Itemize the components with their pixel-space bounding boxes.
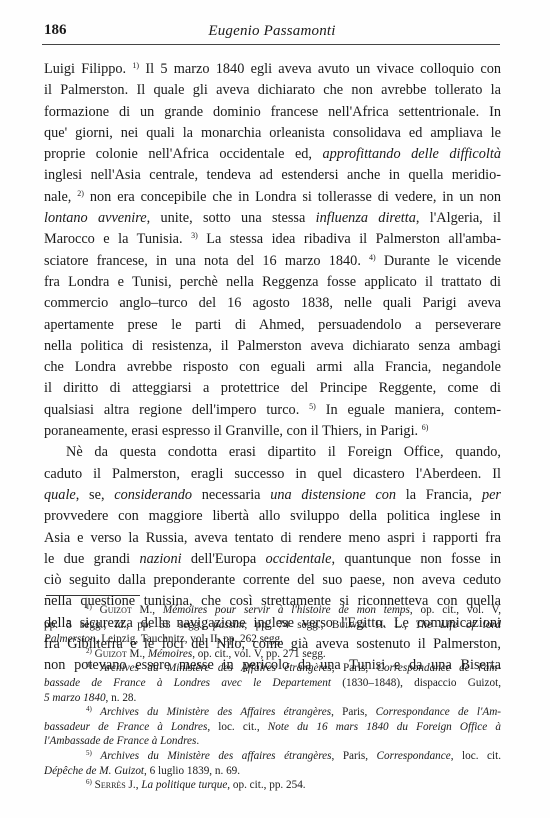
text-run: Il 5 marzo 1840 egli aveva avuto un viva… bbox=[139, 61, 501, 77]
text-run: considerando bbox=[114, 487, 192, 503]
text-run: , quantunque non fosse in bbox=[331, 551, 501, 567]
text-run: , op. cit., pp. 254. bbox=[227, 779, 305, 791]
text-run: Bulwer H. L. bbox=[332, 619, 404, 631]
text-run: La stessa idea ribadiva il Palmerston al… bbox=[198, 231, 501, 247]
text-run: Serrès J. bbox=[95, 779, 136, 791]
text-run: , unite, sotto una stessa bbox=[147, 210, 316, 226]
text-run: formazione di un grande dominio francese… bbox=[44, 104, 501, 120]
footnote-line: 2) Guizot M., Mémoires, op. cit., vol. V… bbox=[44, 647, 501, 662]
body-line: fra Londra e Tunisi, perchè nella Reggen… bbox=[44, 272, 501, 293]
text-run: (1830–1848), dispaccio Guizot, bbox=[331, 677, 501, 689]
text-run bbox=[92, 662, 100, 674]
body-line: provvedere con maggiore libertà allo svi… bbox=[44, 506, 501, 527]
text-run: Nè da questa condotta erasi dipartito il… bbox=[66, 444, 501, 460]
text-run: Guizot M. bbox=[95, 648, 143, 660]
text-run: bassade de France à Londres avec le Depa… bbox=[44, 677, 331, 689]
text-run: passim bbox=[213, 619, 244, 631]
text-run bbox=[92, 706, 100, 718]
text-run: Palmerston bbox=[44, 633, 96, 645]
footnote-line: bassadeur de France à Londres, loc. cit.… bbox=[44, 720, 501, 735]
footnote-line: 1) Guizot M., Mémoires pour servir à l'h… bbox=[44, 603, 501, 618]
body-line: formazione di un grande dominio francese… bbox=[44, 102, 501, 123]
footnote-line: 6) Serrès J., La politique turque, op. c… bbox=[44, 778, 501, 793]
body-line: lontano avvenire, unite, sotto una stess… bbox=[44, 208, 501, 229]
text-run: Guizot M. bbox=[100, 604, 153, 616]
text-run: , Paris, bbox=[332, 662, 377, 674]
text-run: Note du 16 mars 1840 du Foreign Office à bbox=[268, 721, 501, 733]
text-run: necessaria bbox=[192, 487, 270, 503]
footnote-line: Dépêche de M. Guizot, 6 luglio 1839, n. … bbox=[44, 764, 501, 779]
footnote-ref: 3) bbox=[86, 661, 92, 669]
footnote-ref: 3) bbox=[191, 231, 198, 240]
footnotes: 1) Guizot M., Mémoires pour servir à l'h… bbox=[44, 603, 501, 793]
text-run: proprie colonie nell'Africa occidentale … bbox=[44, 146, 323, 162]
text-run: , l'Algeria, il bbox=[416, 210, 501, 226]
text-run: non era concepibile che in Londra si tol… bbox=[84, 189, 501, 205]
text-run: Asia e verso la Russia, aveva tentato di… bbox=[44, 530, 501, 546]
body-line: poraneamente, erasi espresso il Granvill… bbox=[44, 421, 501, 442]
text-run: , op. cit., vol. V, bbox=[410, 604, 501, 616]
text-run: Correspondance de l'am- bbox=[377, 662, 501, 674]
text-run: , op. cit., vol. V, pp. 271 segg. bbox=[192, 648, 326, 660]
text-run: le due grandi bbox=[44, 551, 139, 567]
text-run: poraneamente, erasi espresso il Granvill… bbox=[44, 423, 422, 439]
text-run: dell'Europa bbox=[182, 551, 266, 567]
body-line: ciò seguito dalla preponderante corrente… bbox=[44, 570, 501, 591]
text-run: , 6 luglio 1839, n. 69. bbox=[144, 765, 240, 777]
text-run: una distensione con bbox=[270, 487, 396, 503]
text-run: The Life of lord bbox=[415, 619, 501, 631]
text-run: , loc. cit. bbox=[451, 750, 501, 762]
text-run: , se, bbox=[76, 487, 114, 503]
text-run: , bbox=[404, 619, 415, 631]
text-run: caduto il Palmerston, eragli successo in… bbox=[44, 466, 501, 482]
text-run: In eguale maniera, contem- bbox=[316, 402, 501, 418]
footnote-line: 4) Archives du Ministère des Affaires ét… bbox=[44, 705, 501, 720]
text-run: Mémoires bbox=[148, 648, 192, 660]
footnote-separator bbox=[46, 595, 140, 596]
text-run: . bbox=[196, 735, 199, 747]
footnote-ref: 4) bbox=[86, 705, 92, 713]
text-run: Dépêche de M. Guizot bbox=[44, 765, 144, 777]
text-run: il diritto di atteggiarsi a protettrice … bbox=[44, 380, 501, 396]
running-title: Eugenio Passamonti bbox=[44, 23, 500, 40]
text-run: influenza diretta bbox=[316, 210, 416, 226]
footnote-line: 5 marzo 1840, n. 28. bbox=[44, 691, 501, 706]
text-run: quale bbox=[44, 487, 76, 503]
body-line: proprie colonie nell'Africa occidentale … bbox=[44, 144, 501, 165]
text-run: approfittando delle difficoltà bbox=[323, 146, 502, 162]
body-line: il diritto di atteggiarsi a protettrice … bbox=[44, 378, 501, 399]
text-run: 5 marzo 1840 bbox=[44, 692, 106, 704]
text-run: Archives du Ministère des affaires étran… bbox=[100, 750, 331, 762]
header-rule bbox=[42, 44, 500, 45]
text-run: , loc. cit., bbox=[207, 721, 267, 733]
body-line: che Londra avrebbe risposto con eguali a… bbox=[44, 357, 501, 378]
body-line: sciatore francese, in una nota del 16 ma… bbox=[44, 251, 501, 272]
text-run: per bbox=[482, 487, 501, 503]
text-run: , Paris, bbox=[331, 706, 376, 718]
text-run: pp. 5 segg.; id., pp. 33 segg., bbox=[44, 619, 213, 631]
text-run: apertamente prese le parti di Ahmed, per… bbox=[44, 317, 501, 333]
body-line: nale, 2) non era concepibile che in Lond… bbox=[44, 187, 501, 208]
body-line: le due grandi nazioni dell'Europa occide… bbox=[44, 549, 501, 570]
text-run bbox=[92, 604, 100, 616]
text-run: lontano avvenire bbox=[44, 210, 147, 226]
text-run: , n. 28. bbox=[106, 692, 137, 704]
book-page: 186 Eugenio Passamonti Luigi Filippo. 1)… bbox=[0, 0, 550, 818]
text-run: Correspondance de l'Am- bbox=[376, 706, 501, 718]
body-line: Luigi Filippo. 1) Il 5 marzo 1840 egli a… bbox=[44, 59, 501, 80]
footnote-line: pp. 5 segg.; id., pp. 33 segg., passim; … bbox=[44, 618, 501, 633]
footnote-line: 3) Archives du Ministère des Affaires ét… bbox=[44, 661, 501, 676]
text-run: Archives du Ministère des Affaires étran… bbox=[100, 662, 332, 674]
text-run: bassadeur de France à Londres bbox=[44, 721, 207, 733]
text-run: inglesi nell'Asia centrale, tendeva ad e… bbox=[44, 167, 501, 183]
footnote-ref: 2) bbox=[86, 647, 92, 655]
footnote-ref: 1) bbox=[86, 603, 92, 611]
text-run: commercio anglo–turco del 16 agosto 1838… bbox=[44, 295, 501, 311]
body-line: il Palmerston. Il quale gli aveva dichia… bbox=[44, 80, 501, 101]
text-run: la Francia, bbox=[396, 487, 482, 503]
body-line: commercio anglo–turco del 16 agosto 1838… bbox=[44, 293, 501, 314]
text-run: Mémoires pour servir à l'histoire de mon… bbox=[163, 604, 410, 616]
text-run: La politique turque bbox=[141, 779, 227, 791]
text-run: , Leipzig, Tauchnitz, vol. II, pp. 262 s… bbox=[96, 633, 283, 645]
body-line: qualsiasi altra regione dell'impero turc… bbox=[44, 400, 501, 421]
body-line: apertamente prese le parti di Ahmed, per… bbox=[44, 315, 501, 336]
text-run: nella politica di resistenza, il Palmers… bbox=[44, 338, 501, 354]
text-run: il Palmerston. Il quale gli aveva dichia… bbox=[44, 82, 501, 98]
footnote-ref: 4) bbox=[369, 253, 376, 262]
text-run: Correspondance bbox=[377, 750, 451, 762]
text-run: l'Ambassade de France à Londres bbox=[44, 735, 196, 747]
running-head: 186 Eugenio Passamonti bbox=[44, 22, 500, 44]
body-line: caduto il Palmerston, eragli successo in… bbox=[44, 464, 501, 485]
footnote-line: l'Ambassade de France à Londres. bbox=[44, 734, 501, 749]
text-run: provvedere con maggiore libertà allo svi… bbox=[44, 508, 501, 524]
footnote-ref: 6) bbox=[422, 423, 429, 432]
footnote-line: 5) Archives du Ministère des affaires ét… bbox=[44, 749, 501, 764]
text-run: ; pp. 74 segg.; bbox=[244, 619, 332, 631]
footnote-line: Palmerston, Leipzig, Tauchnitz, vol. II,… bbox=[44, 632, 501, 647]
body-line: que' giorni, nei quali la monarchia orle… bbox=[44, 123, 501, 144]
text-run: ciò seguito dalla preponderante corrente… bbox=[44, 572, 501, 588]
text-run: Luigi Filippo. bbox=[44, 61, 132, 77]
body-line: inglesi nell'Asia centrale, tendeva ad e… bbox=[44, 165, 501, 186]
body-line: nella politica di resistenza, il Palmers… bbox=[44, 336, 501, 357]
text-run: che Londra avrebbe risposto con eguali a… bbox=[44, 359, 501, 375]
footnote-ref: 5) bbox=[309, 402, 316, 411]
text-run: que' giorni, nei quali la monarchia orle… bbox=[44, 125, 501, 141]
body-line: quale, se, considerando necessaria una d… bbox=[44, 485, 501, 506]
text-run: occidentale bbox=[266, 551, 332, 567]
text-run: nazioni bbox=[139, 551, 181, 567]
body-line: Nè da questa condotta erasi dipartito il… bbox=[44, 442, 501, 463]
text-run: , Paris, bbox=[332, 750, 377, 762]
footnote-ref: 2) bbox=[77, 189, 84, 198]
text-run: qualsiasi altra regione dell'impero turc… bbox=[44, 402, 309, 418]
text-run: sciatore francese, in una nota del 16 ma… bbox=[44, 253, 369, 269]
footnote-ref: 6) bbox=[86, 778, 92, 786]
body-text: Luigi Filippo. 1) Il 5 marzo 1840 egli a… bbox=[44, 59, 501, 677]
text-run: Archives du Ministère des Affaires étran… bbox=[100, 706, 331, 718]
footnote-ref: 5) bbox=[86, 749, 92, 757]
text-run: nale, bbox=[44, 189, 77, 205]
footnote-line: bassade de France à Londres avec le Depa… bbox=[44, 676, 501, 691]
body-line: Marocco e la Tunisia. 3) La stessa idea … bbox=[44, 229, 501, 250]
text-run: Durante le vicende bbox=[376, 253, 501, 269]
body-line: Asia e verso la Russia, aveva tentato di… bbox=[44, 528, 501, 549]
text-run: fra Londra e Tunisi, perchè nella Reggen… bbox=[44, 274, 501, 290]
text-run: , bbox=[152, 604, 163, 616]
text-run: Marocco e la Tunisia. bbox=[44, 231, 191, 247]
